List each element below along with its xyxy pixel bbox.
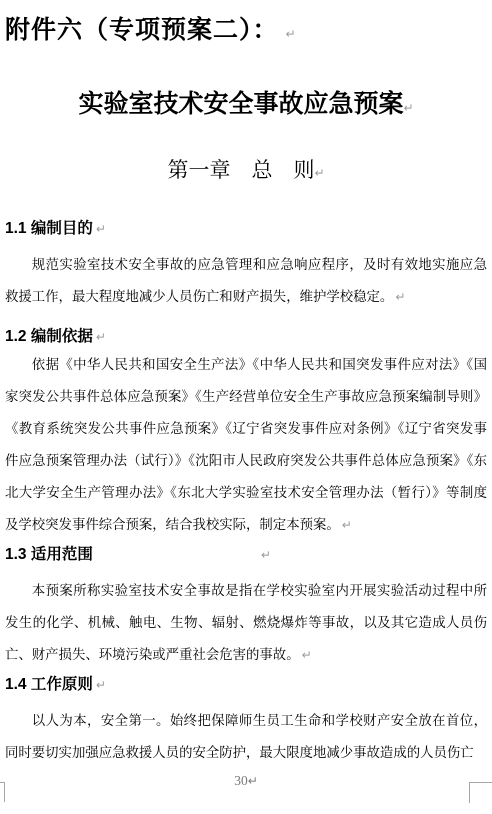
document-section: 1.1 编制目的↵ 规范实验室技术安全事故的应急管理和应急响应程序，及时有效地实… bbox=[5, 217, 487, 313]
page-number-text: 30 bbox=[234, 773, 248, 788]
paragraph-mark-icon: ↵ bbox=[286, 27, 296, 41]
section-paragraph: 本预案所称实验室技术安全事故是指在学校实验室内开展实验活动过程中所发生的化学、机… bbox=[5, 575, 487, 671]
paragraph-mark-icon: ↵ bbox=[96, 222, 106, 236]
document-content: 附件六（专项预案二）：↵ 实验室技术安全事故应急预案↵ 第一章 总 则↵ 1.1… bbox=[0, 0, 492, 769]
text-boundary-crop-mark-left bbox=[0, 782, 5, 802]
paragraph-mark-icon: ↵ bbox=[96, 678, 106, 692]
paragraph-mark-icon: ↵ bbox=[342, 518, 352, 532]
document-section: 1.3 适用范围↵ 本预案所称实验室技术安全事故是指在学校实验室内开展实验活动过… bbox=[5, 543, 487, 671]
section-heading: 1.4 工作原则↵ bbox=[5, 673, 487, 697]
section-paragraph-text: 以人为本，安全第一。始终把保障师生员工生命和学校财产安全放在首位，同时要切实加强… bbox=[5, 713, 487, 760]
section-paragraph: 规范实验室技术安全事故的应急管理和应急响应程序，及时有效地实施应急救援工作，最大… bbox=[5, 249, 487, 313]
document-page: 附件六（专项预案二）：↵ 实验室技术安全事故应急预案↵ 第一章 总 则↵ 1.1… bbox=[0, 0, 492, 814]
document-section: 1.4 工作原则↵ 以人为本，安全第一。始终把保障师生员工生命和学校财产安全放在… bbox=[5, 673, 487, 769]
section-heading: 1.2 编制依据↵ bbox=[5, 325, 487, 349]
paragraph-mark-icon: ↵ bbox=[96, 330, 106, 344]
section-paragraph-text: 规范实验室技术安全事故的应急管理和应急响应程序，及时有效地实施应急救援工作，最大… bbox=[5, 257, 487, 304]
paragraph-mark-icon: ↵ bbox=[261, 548, 271, 562]
paragraph-mark-icon: ↵ bbox=[403, 101, 413, 115]
document-section: 1.2 编制依据↵ 依据《中华人民共和国安全生产法》《中华人民共和国突发事件应对… bbox=[5, 325, 487, 541]
section-heading-text: 1.4 工作原则 bbox=[5, 676, 93, 693]
paragraph-mark-icon: ↵ bbox=[395, 290, 405, 304]
section-heading-text: 1.2 编制依据 bbox=[5, 328, 93, 345]
attachment-heading: 附件六（专项预案二）：↵ bbox=[5, 0, 487, 51]
section-heading-text: 1.3 适用范围 bbox=[5, 546, 93, 563]
section-heading: 1.3 适用范围↵ bbox=[5, 543, 487, 567]
text-boundary-crop-mark-right bbox=[469, 782, 492, 803]
sections-container: 1.1 编制目的↵ 规范实验室技术安全事故的应急管理和应急响应程序，及时有效地实… bbox=[5, 217, 487, 769]
section-paragraph: 依据《中华人民共和国安全生产法》《中华人民共和国突发事件应对法》《国家突发公共事… bbox=[5, 349, 487, 541]
paragraph-mark-icon: ↵ bbox=[248, 774, 258, 788]
section-paragraph: 以人为本，安全第一。始终把保障师生员工生命和学校财产安全放在首位，同时要切实加强… bbox=[5, 705, 487, 769]
section-paragraph-text: 本预案所称实验室技术安全事故是指在学校实验室内开展实验活动过程中所发生的化学、机… bbox=[5, 583, 487, 662]
paragraph-mark-icon: ↵ bbox=[302, 648, 312, 662]
chapter-heading: 第一章 总 则↵ bbox=[5, 154, 487, 189]
document-title: 实验室技术安全事故应急预案↵ bbox=[5, 88, 487, 125]
chapter-heading-text: 第一章 总 则 bbox=[167, 158, 314, 182]
section-heading: 1.1 编制目的↵ bbox=[5, 217, 487, 241]
document-title-text: 实验室技术安全事故应急预案 bbox=[78, 91, 403, 118]
page-number: 30↵ bbox=[0, 771, 492, 791]
section-heading-text: 1.1 编制目的 bbox=[5, 220, 93, 237]
section-paragraph-text: 依据《中华人民共和国安全生产法》《中华人民共和国突发事件应对法》《国家突发公共事… bbox=[5, 357, 487, 532]
attachment-heading-text: 附件六（专项预案二）： bbox=[5, 17, 279, 44]
paragraph-mark-icon: ↵ bbox=[314, 166, 324, 180]
